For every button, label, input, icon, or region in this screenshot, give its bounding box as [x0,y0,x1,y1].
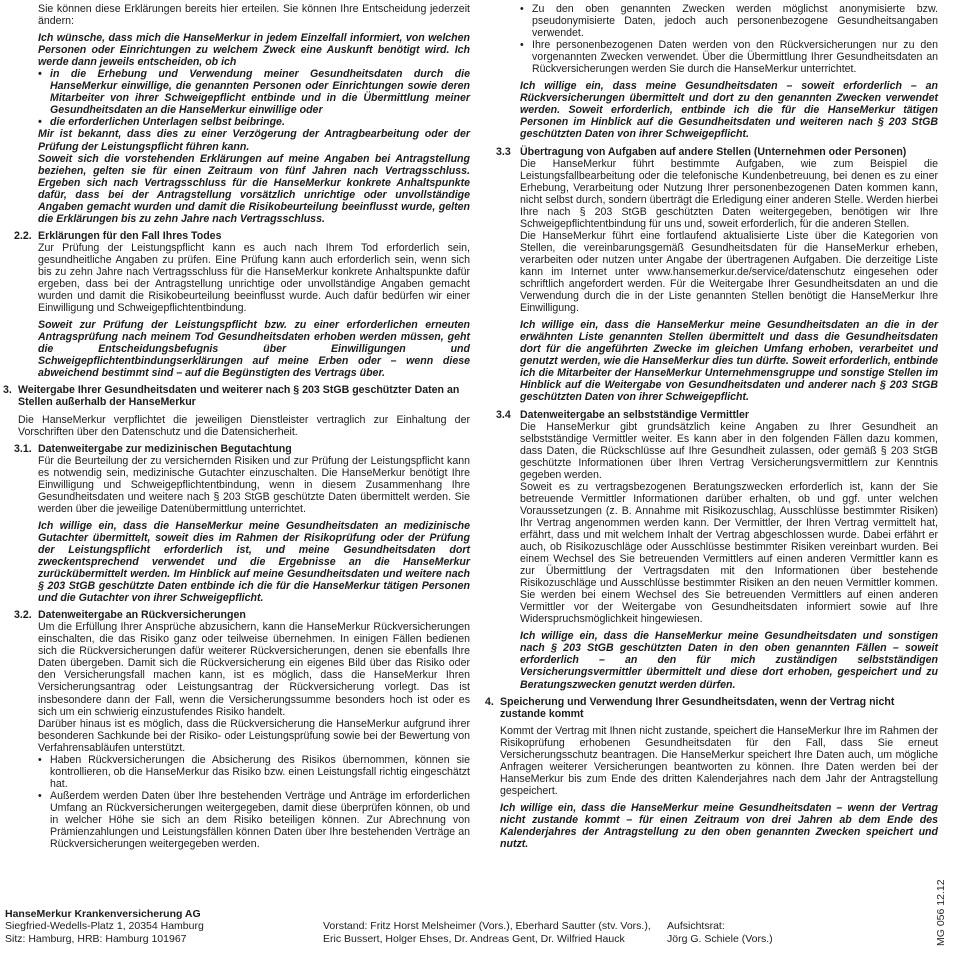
paragraph: Die HanseMerkur führt bestimmte Aufgaben… [520,158,938,230]
document-body: Sie können diese Erklärungen bereits hie… [3,3,957,850]
section-number: 2.2. [14,230,38,242]
bullet-icon: • [38,754,50,790]
section-title: Weitergabe Ihrer Gesundheitsdaten und we… [18,384,470,408]
section-number: 4. [485,696,500,720]
paragraph: Für die Beurteilung der zu versichernden… [38,455,470,515]
list-item-text: Außerdem werden Daten über Ihre bestehen… [50,790,470,850]
section-title: Übertragung von Aufgaben auf andere Stel… [520,146,938,158]
list-item: •in die Erhebung und Verwendung meiner G… [38,68,470,116]
paragraph: Die HanseMerkur verpflichtet die jeweili… [18,414,470,438]
consent-declaration: Ich willige ein, dass die HanseMerkur me… [520,630,938,690]
section-number: 3.4 [496,409,520,421]
supervisory-name: Jörg G. Schiele (Vors.) [667,933,867,945]
section-heading: 3.Weitergabe Ihrer Gesundheitsdaten und … [3,384,470,408]
board-line-2: Eric Bussert, Holger Ehses, Dr. Andreas … [323,933,653,945]
section-heading: 3.4Datenweitergabe an selbstständige Ver… [496,409,938,421]
section-title: Datenweitergabe an selbstständige Vermit… [520,409,938,421]
imprint-company-block: HanseMerkur Krankenversicherung AG Siegf… [5,908,305,945]
section-number: 3.3 [496,146,520,158]
bullet-list: •Haben Rückversicherungen die Absicherun… [38,754,470,850]
bullet-list: •Zu den oben genannten Zwecken werden mö… [520,3,938,75]
bullet-icon: • [38,68,50,116]
text-column-left: Sie können diese Erklärungen bereits hie… [3,3,470,850]
section-title: Datenweitergabe an Rückversicherungen [38,609,470,621]
consent-declaration: Ich willige ein, dass die HanseMerkur me… [500,802,938,850]
paragraph: Darüber hinaus ist es möglich, dass die … [38,718,470,754]
bullet-icon: • [38,790,50,850]
bullet-icon: • [520,3,532,39]
list-item-text: Ihre personenbezogenen Daten werden von … [532,39,938,75]
paragraph: Soweit es zu vertragsbezogenen Beratungs… [520,481,938,626]
company-registry: Sitz: Hamburg, HRB: Hamburg 101967 [5,933,305,945]
section-title: Speicherung und Verwendung Ihrer Gesundh… [500,696,938,720]
consent-declaration: Ich wünsche, dass mich die HanseMerkur i… [38,32,470,68]
list-item-text: in die Erhebung und Verwendung meiner Ge… [50,68,470,116]
list-item-text: die erforderlichen Unterlagen selbst bei… [50,116,470,128]
consent-declaration: Ich willige ein, dass meine Gesundheitsd… [520,80,938,140]
paragraph: Die HanseMerkur gibt grundsätzlich keine… [520,421,938,481]
section-heading: 3.1.Datenweitergabe zur medizinischen Be… [14,443,470,455]
board-line-1: Vorstand: Fritz Horst Melsheimer (Vors.)… [323,920,653,932]
section-title: Erklärungen für den Fall Ihres Todes [38,230,470,242]
consent-declaration: Mir ist bekannt, dass dies zu einer Verz… [38,128,470,152]
paragraph: Kommt der Vertrag mit Ihnen nicht zustan… [500,725,938,797]
consent-declaration: Soweit sich die vorstehenden Erklärungen… [38,153,470,225]
list-item-text: Haben Rückversicherungen die Absicherung… [50,754,470,790]
consent-declaration: Ich willige ein, dass die HanseMerkur me… [520,319,938,403]
section-heading: 4.Speicherung und Verwendung Ihrer Gesun… [485,696,938,720]
section-heading: 3.2.Datenweitergabe an Rückversicherunge… [14,609,470,621]
section-number: 3.2. [14,609,38,621]
paragraph: Die HanseMerkur führt eine fortlaufend a… [520,230,938,314]
section-title: Datenweitergabe zur medizinischen Beguta… [38,443,470,455]
list-item: •Ihre personenbezogenen Daten werden von… [520,39,938,75]
section-number: 3. [3,384,18,408]
list-item: •Zu den oben genannten Zwecken werden mö… [520,3,938,39]
list-item-text: Zu den oben genannten Zwecken werden mög… [532,3,938,39]
section-heading: 2.2.Erklärungen für den Fall Ihres Todes [14,230,470,242]
bullet-icon: • [520,39,532,75]
text-column-right: •Zu den oben genannten Zwecken werden mö… [485,3,938,850]
section-heading: 3.3Übertragung von Aufgaben auf andere S… [496,146,938,158]
imprint-supervisory-block: Aufsichtsrat: Jörg G. Schiele (Vors.) [667,920,867,945]
consent-declaration: Ich willige ein, dass die HanseMerkur me… [38,520,470,604]
list-item: •die erforderlichen Unterlagen selbst be… [38,116,470,128]
form-code-vertical: MG 056 12.12 [935,876,947,946]
company-name: HanseMerkur Krankenversicherung AG [5,908,305,920]
paragraph: Zur Prüfung der Leistungspflicht kann es… [38,242,470,314]
list-item: •Außerdem werden Daten über Ihre bestehe… [38,790,470,850]
supervisory-label: Aufsichtsrat: [667,920,867,932]
list-item: •Haben Rückversicherungen die Absicherun… [38,754,470,790]
imprint-board-block: Vorstand: Fritz Horst Melsheimer (Vors.)… [323,920,653,945]
section-number: 3.1. [14,443,38,455]
company-address: Siegfried-Wedells-Platz 1, 20354 Hamburg [5,920,305,932]
bullet-icon: • [38,116,50,128]
paragraph: Sie können diese Erklärungen bereits hie… [38,3,470,27]
bullet-list: •in die Erhebung und Verwendung meiner G… [38,68,470,128]
paragraph: Um die Erfüllung Ihrer Ansprüche abzusic… [38,621,470,717]
consent-declaration: Soweit zur Prüfung der Leistungspflicht … [38,319,470,379]
